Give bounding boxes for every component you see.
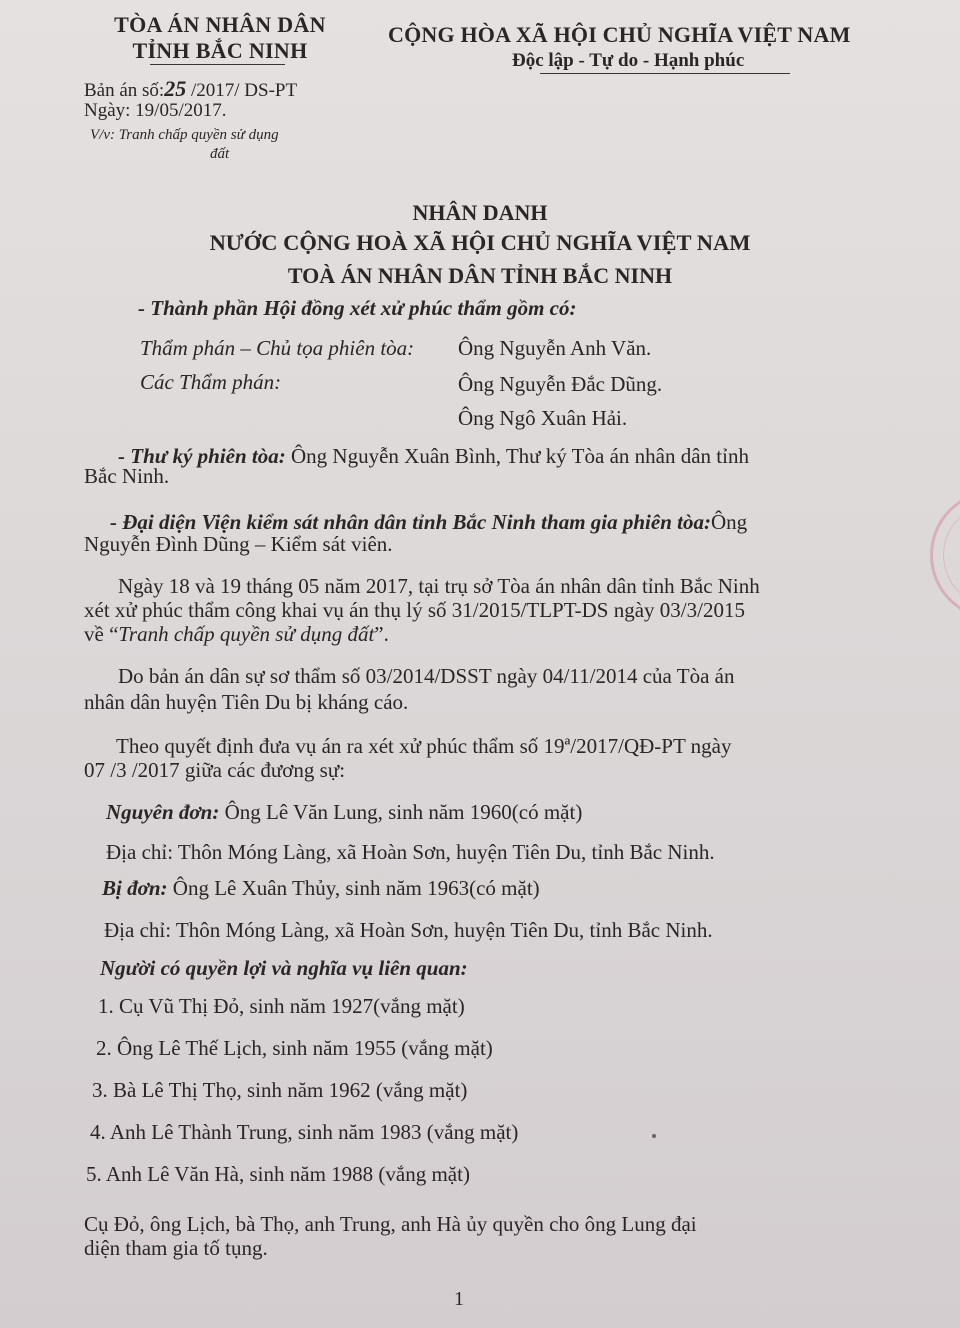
clerk-line: - Thư ký phiên tòa: Ông Nguyễn Xuân Bình… <box>118 444 749 469</box>
plaintiff-line: Nguyên đơn: Ông Lê Văn Lung, sinh năm 19… <box>106 800 582 825</box>
judge-name: Ông Ngô Xuân Hải. <box>458 406 627 431</box>
court-name-line-2: TỈNH BẮC NINH <box>95 38 345 64</box>
judge-name: Ông Nguyễn Đắc Dũng. <box>458 372 662 397</box>
clerk-line-continued: Bắc Ninh. <box>84 464 169 489</box>
hearing-paragraph-line: về “Tranh chấp quyền sử dụng đất”. <box>84 622 389 647</box>
plaintiff-label: Nguyên đơn: <box>106 800 219 824</box>
court-name-underline <box>150 64 285 65</box>
page-number: 1 <box>454 1288 464 1311</box>
appeal-paragraph-line: Do bản án dân sự sơ thẩm số 03/2014/DSST… <box>118 664 734 689</box>
national-motto: Độc lập - Tự do - Hạnh phúc <box>512 50 744 72</box>
judgment-date: Ngày: 19/05/2017. <box>84 100 227 122</box>
related-party-item: 5. Anh Lê Văn Hà, sinh năm 1988 (vắng mặ… <box>86 1162 470 1187</box>
case-subject-line-2: đất <box>210 146 229 163</box>
motto-underline <box>540 73 790 74</box>
presiding-judge-label: Thẩm phán – Chủ tọa phiên tòa: <box>140 336 414 361</box>
judgment-number-suffix: /2017/ DS-PT <box>186 80 297 101</box>
defendant-line: Bị đơn: Ông Lê Xuân Thủy, sinh năm 1963(… <box>102 876 540 901</box>
title-republic: NƯỚC CỘNG HOÀ XÃ HỘI CHỦ NGHĨA VIỆT NAM <box>0 230 960 256</box>
defendant-label: Bị đơn: <box>102 876 168 900</box>
plaintiff-address: Địa chỉ: Thôn Móng Làng, xã Hoàn Sơn, hu… <box>106 840 715 865</box>
case-subject-line-1: V/v: Tranh chấp quyền sử dụng <box>90 127 279 144</box>
defendant-name: Ông Lê Xuân Thủy, sinh năm 1963(có mặt) <box>168 876 540 900</box>
presiding-judge-name: Ông Nguyễn Anh Văn. <box>458 336 651 361</box>
decision-paragraph-line: Theo quyết định đưa vụ án ra xét xử phúc… <box>116 734 731 759</box>
court-seal-stamp <box>930 490 960 620</box>
quote-open: về “ <box>84 622 118 646</box>
related-party-item: 3. Bà Lê Thị Thọ, sinh năm 1962 (vắng mặ… <box>92 1078 467 1103</box>
judgment-number-line: Bản án số:25 /2017/ DS-PT <box>84 76 297 102</box>
related-parties-heading: Người có quyền lợi và nghĩa vụ liên quan… <box>100 956 468 981</box>
related-party-item: 1. Cụ Vũ Thị Đỏ, sinh năm 1927(vắng mặt) <box>98 994 465 1019</box>
decision-paragraph-line: 07 /3 /2017 giữa các đương sự: <box>84 758 345 783</box>
procurator-label: - Đại diện Viện kiểm sát nhân dân tỉnh B… <box>110 510 711 534</box>
hearing-paragraph-line: xét xử phúc thẩm công khai vụ án thụ lý … <box>84 598 745 623</box>
appeal-paragraph-line: nhân dân huyện Tiên Du bị kháng cáo. <box>84 690 408 715</box>
plaintiff-name: Ông Lê Văn Lung, sinh năm 1960(có mặt) <box>219 800 582 824</box>
judgment-number-prefix: Bản án số: <box>84 80 164 101</box>
council-heading: - Thành phần Hội đồng xét xử phúc thẩm g… <box>138 296 576 321</box>
case-type: Tranh chấp quyền sử dụng đất <box>118 622 374 646</box>
authorization-paragraph-line: diện tham gia tố tụng. <box>84 1236 268 1261</box>
title-court: TOÀ ÁN NHÂN DÂN TỈNH BẮC NINH <box>0 263 960 289</box>
judgment-number: 25 <box>164 76 186 101</box>
clerk-text: Ông Nguyễn Xuân Bình, Thư ký Tòa án nhân… <box>286 444 749 468</box>
related-party-item: 2. Ông Lê Thế Lịch, sinh năm 1955 (vắng … <box>96 1036 493 1061</box>
authorization-paragraph-line: Cụ Đỏ, ông Lịch, bà Thọ, anh Trung, anh … <box>84 1212 697 1237</box>
court-name-line-1: TÒA ÁN NHÂN DÂN <box>95 12 345 38</box>
procurator-text: Ông <box>711 510 747 534</box>
title-in-the-name-of: NHÂN DANH <box>0 200 960 226</box>
republic-title: CỘNG HÒA XÃ HỘI CHỦ NGHĨA VIỆT NAM <box>388 22 851 48</box>
related-party-item: 4. Anh Lê Thành Trung, sinh năm 1983 (vắ… <box>90 1120 518 1145</box>
hearing-paragraph-line: Ngày 18 và 19 tháng 05 năm 2017, tại trụ… <box>118 574 760 599</box>
defendant-address: Địa chỉ: Thôn Móng Làng, xã Hoàn Sơn, hu… <box>104 918 713 943</box>
judges-label: Các Thẩm phán: <box>140 370 281 395</box>
ink-dot-mark <box>652 1134 656 1138</box>
quote-close: ”. <box>374 622 389 646</box>
procurator-line-continued: Nguyễn Đình Dũng – Kiểm sát viên. <box>84 532 393 557</box>
